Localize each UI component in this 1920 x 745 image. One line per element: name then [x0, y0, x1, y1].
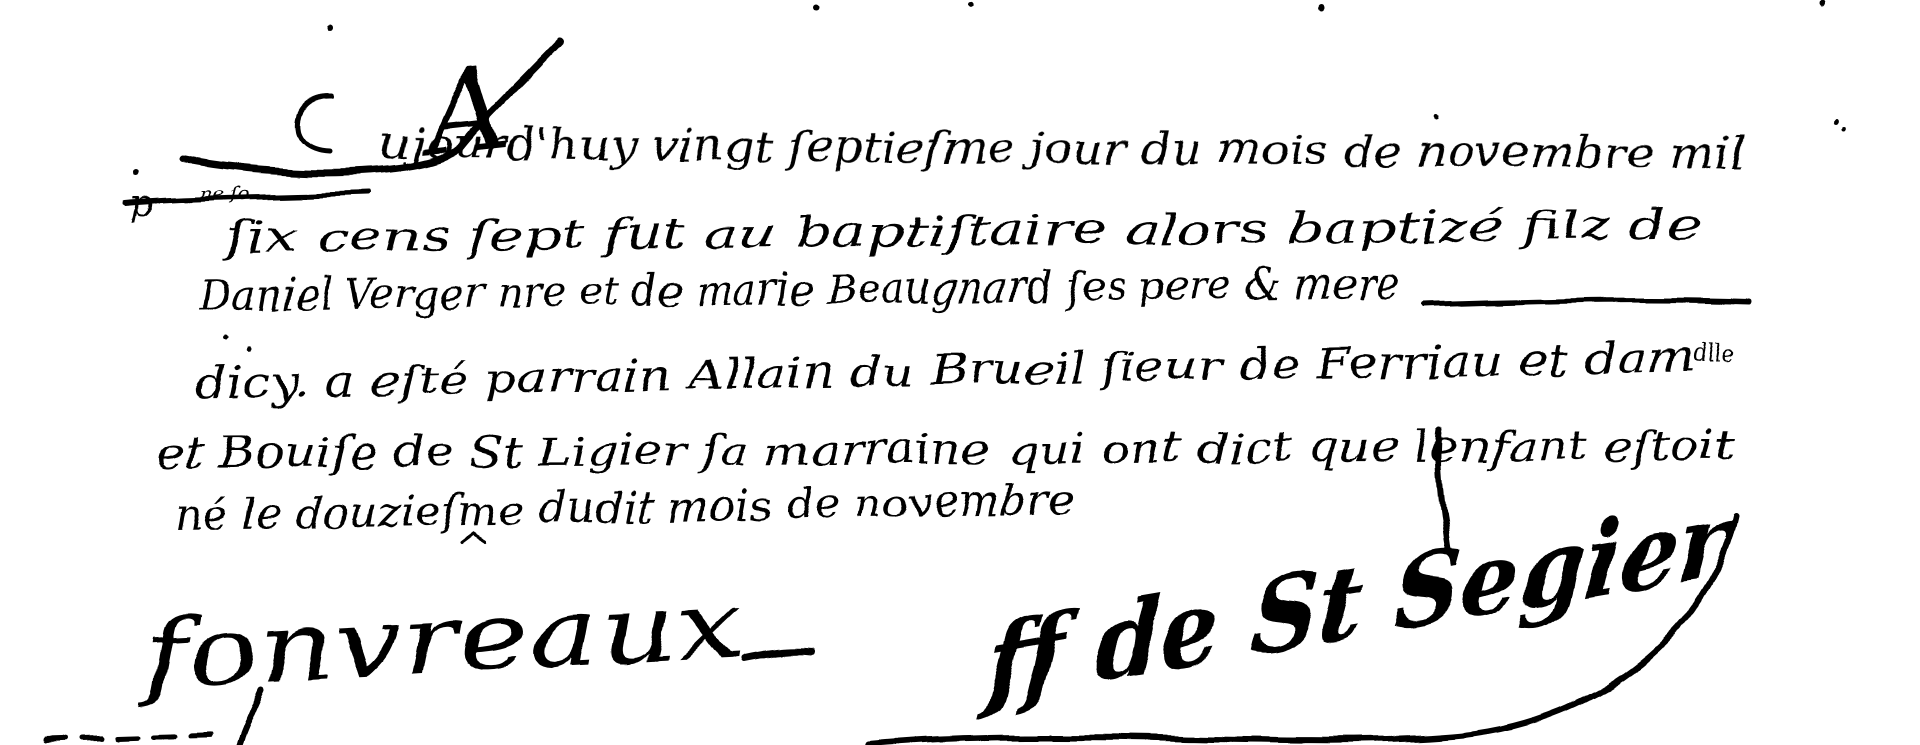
strikethrough-superscript: ne ſo: [200, 181, 251, 205]
manuscript-scan: A ujourd'huy vingt ſeptieſme jour du moi…: [0, 0, 1920, 745]
manuscript-line-5: et Bouiſe de St Ligier ſa marraine qui o…: [155, 421, 1735, 478]
manuscript-line-1: ujourd'huy vingt ſeptieſme jour du mois …: [380, 119, 1745, 178]
manuscript-line-4-superscript: dlle: [1693, 343, 1734, 368]
manuscript-svg: A ujourd'huy vingt ſeptieſme jour du moi…: [0, 0, 1920, 745]
